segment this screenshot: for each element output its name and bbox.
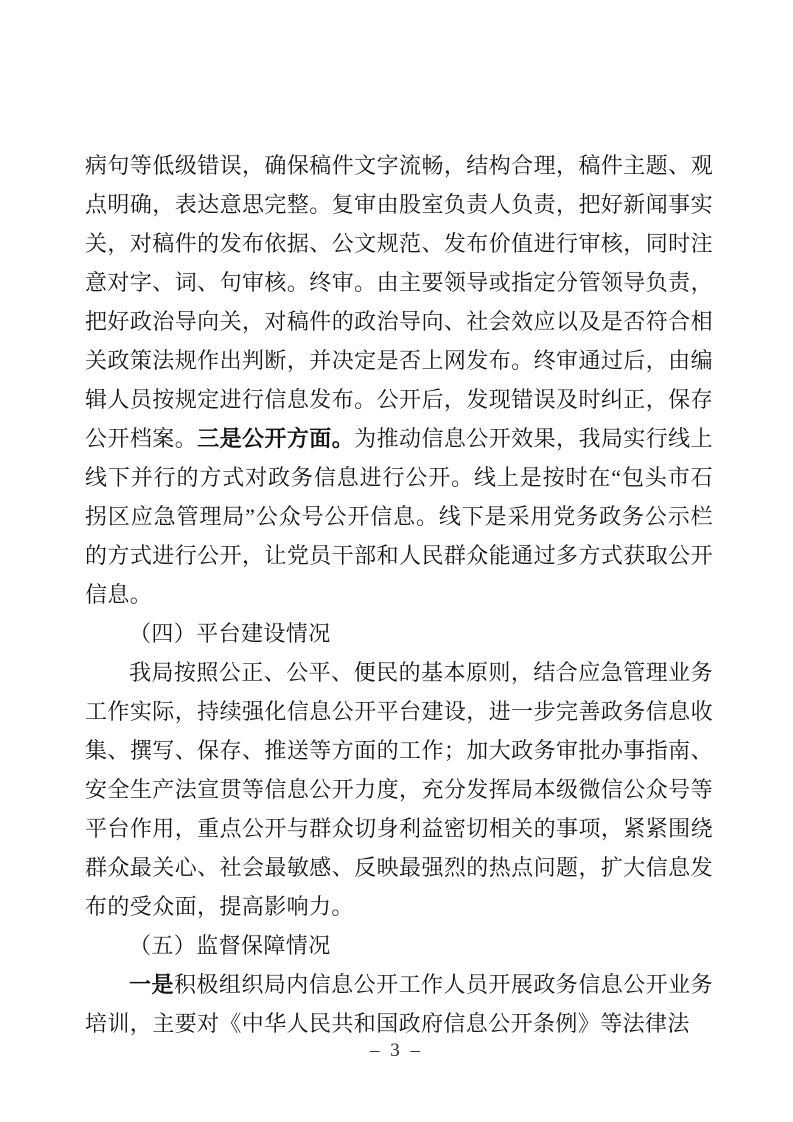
section-heading: （四）平台建设情况 xyxy=(85,614,713,653)
text-run: 为推动信息公开效果，我局实行线上线下并行的方式对政务信息进行公开。线上是按时在“… xyxy=(85,426,713,607)
document-body: 病句等低级错误，确保稿件文字流畅，结构合理，稿件主题、观点明确，表达意思完整。复… xyxy=(85,146,713,1043)
section-heading: （五）监督保障情况 xyxy=(85,926,713,965)
text-run: （四）平台建设情况 xyxy=(129,621,331,646)
page-number: – 3 – xyxy=(370,1040,423,1061)
text-run: 病句等低级错误，确保稿件文字流畅，结构合理，稿件主题、观点明确，表达意思完整。复… xyxy=(85,153,713,451)
paragraph: 我局按照公正、公平、便民的基本原则，结合应急管理业务工作实际，持续强化信息公开平… xyxy=(85,653,713,926)
paragraph: 病句等低级错误，确保稿件文字流畅，结构合理，稿件主题、观点明确，表达意思完整。复… xyxy=(85,146,713,614)
document-page: 病句等低级错误，确保稿件文字流畅，结构合理，稿件主题、观点明确，表达意思完整。复… xyxy=(0,0,793,1122)
text-run: 我局按照公正、公平、便民的基本原则，结合应急管理业务工作实际，持续强化信息公开平… xyxy=(85,660,713,919)
paragraph: 一是积极组织局内信息公开工作人员开展政务信息公开业务培训，主要对《中华人民共和国… xyxy=(85,965,713,1043)
bold-text-run: 一是 xyxy=(129,972,174,997)
page-footer: – 3 – xyxy=(0,1038,793,1064)
text-run: 积极组织局内信息公开工作人员开展政务信息公开业务培训，主要对《中华人民共和国政府… xyxy=(85,972,713,1036)
text-run: （五）监督保障情况 xyxy=(129,933,331,958)
bold-text-run: 三是公开方面。 xyxy=(197,426,354,451)
